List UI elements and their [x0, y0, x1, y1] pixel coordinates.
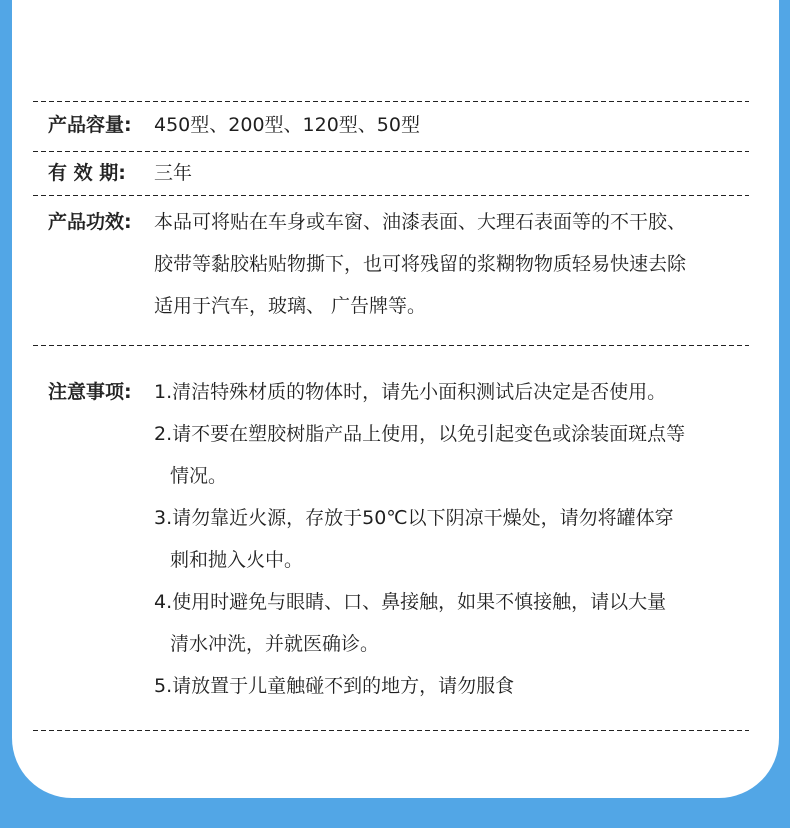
- precaution-item-continued: 刺和抛入火中。: [154, 539, 685, 581]
- precaution-item: 5.请放置于儿童触碰不到的地方，请勿服食: [154, 665, 685, 707]
- precaution-item-continued: 清水冲洗，并就医确诊。: [154, 623, 685, 665]
- precaution-item: 1.清洁特殊材质的物体时，请先小面积测试后决定是否使用。: [154, 371, 685, 413]
- precaution-item: 3.请勿靠近火源，存放于50℃以下阴凉干燥处，请勿将罐体穿: [154, 497, 685, 539]
- efficacy-line: 本品可将贴在车身或车窗、油漆表面、大理石表面等的不干胶、: [154, 201, 686, 243]
- divider: [33, 345, 749, 346]
- divider: [33, 101, 749, 102]
- precaution-item: 2.请不要在塑胶树脂产品上使用，以免引起变色或涂装面斑点等: [154, 413, 685, 455]
- shelf-life-value: 三年: [154, 152, 192, 194]
- shelf-life-label: 有 效 期:: [48, 152, 126, 194]
- precautions-list: 1.清洁特殊材质的物体时，请先小面积测试后决定是否使用。 2.请不要在塑胶树脂产…: [154, 371, 685, 707]
- precautions-label: 注意事项:: [48, 371, 132, 413]
- divider: [33, 195, 749, 196]
- capacity-value: 450型、200型、120型、50型: [154, 104, 420, 146]
- precaution-item-continued: 情况。: [154, 455, 685, 497]
- efficacy-line: 适用于汽车，玻璃、 广告牌等。: [154, 285, 686, 327]
- efficacy-line: 胶带等黏胶粘贴物撕下，也可将残留的浆糊物物质轻易快速去除: [154, 243, 686, 285]
- efficacy-label: 产品功效:: [48, 201, 132, 243]
- efficacy-value: 本品可将贴在车身或车窗、油漆表面、大理石表面等的不干胶、 胶带等黏胶粘贴物撕下，…: [154, 201, 686, 327]
- capacity-label: 产品容量:: [48, 104, 132, 146]
- divider: [33, 730, 749, 731]
- precaution-item: 4.使用时避免与眼睛、口、鼻接触，如果不慎接触，请以大量: [154, 581, 685, 623]
- divider: [33, 151, 749, 152]
